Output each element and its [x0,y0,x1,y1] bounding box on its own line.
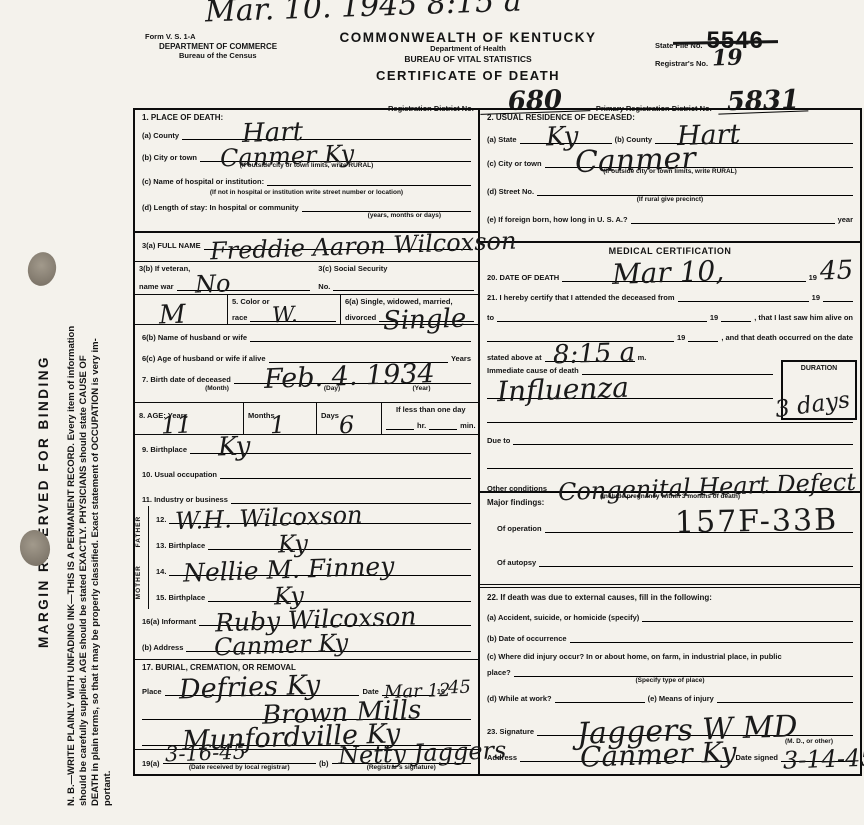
ssn-label1: 3(c) Social Security [318,264,474,273]
cause-of-death-section: DURATION 3 days Immediate cause of death… [480,358,860,491]
race-label2: race [232,313,247,322]
y19c: 19 [677,333,685,342]
foreign-born-field: (e) If foreign born, how long in U. S. A… [487,212,853,224]
form-number-block: Form V. S. 1-A DEPARTMENT OF COMMERCE Bu… [145,32,277,61]
bureau-vital-statistics: BUREAU OF VITAL STATISTICS [303,54,633,64]
race-value: W. [272,307,298,327]
cause-line2: Influenza [487,387,773,399]
date-signed-label: Date signed [735,753,778,762]
autopsy-label: Of autopsy [497,558,536,567]
autopsy-findings-field: Of autopsy [497,555,853,567]
age-months-field: Months 1 [243,403,316,433]
length-hint: (years, months or days) [142,212,441,220]
city-value: Canmer Ky [220,143,355,168]
foreign-born-suffix: year [838,215,853,224]
mother-birthplace-label: 15. Birthplace [156,593,205,602]
funeral-director-field: Brown Mills [142,708,471,720]
mother-side-label: MOTHER [135,557,148,608]
nb-line: N. B.—WRITE PLAINLY WITH UNFADING INK—TH… [66,146,78,806]
place-heading: 1. PLACE OF DEATH: [142,113,471,122]
parents-side-labels: FATHER MOTHER [135,506,149,609]
registrar-row: 19(a) 3-16-45 (Date received by local re… [142,759,471,772]
age-years-field: 8. AGE: Years 11 [135,403,243,433]
full-name-row: 3(a) FULL NAME Freddie Aaron Wilcoxson [135,231,478,261]
sex-race-marital-row: M 5. Color or race W. 6(a) Single, widow… [135,294,478,324]
certify-line3: 19 , and that death occurred on the date [487,330,853,342]
y19a: 19 [812,293,820,302]
marital-value: Single [383,307,467,332]
birth-date-value: Feb. 4. 1934 [263,363,434,392]
sex-value: M [159,303,186,326]
duration-label: DURATION [783,364,855,373]
father-name-value: W.H. Wilcoxson [175,505,363,532]
registrar-signature-value: Netty Jaggers [337,740,506,766]
at-work-label: (d) While at work? [487,694,552,703]
birthplace-label: 9. Birthplace [142,445,187,454]
physician-address-value: Canmer Ky [580,740,737,769]
physician-signature-label: 23. Signature [487,727,534,736]
less-than-day-field: If less than one day hr. min. [381,403,480,433]
age-row: 8. AGE: Years 11 Months 1 Days 6 If less… [135,402,478,434]
length-label: (d) Length of stay: In hospital or commu… [142,203,299,212]
age-years-value: 11 [161,415,192,436]
at-work-field: (d) While at work? (e) Means of injury [487,691,853,703]
registrar-sig-label: (b) [319,759,329,768]
date-of-death-value: Mar 10, [612,259,725,287]
father-side-label: FATHER [135,506,148,557]
informant-field: 16(a) Informant Ruby Wilcoxson [142,614,471,626]
street-field: (d) Street No. [487,184,853,196]
registrar-section: 19(a) 3-16-45 (Date received by local re… [135,749,478,774]
residence-section: 2. USUAL RESIDENCE OF DECEASED: (a) Stat… [480,110,860,241]
ssn-field: 3(c) Social Security No. [314,262,478,294]
file-numbers: State File No. 5546 Registrar's No. 19 [655,34,864,68]
nb-line: DEATH in plain terms, so that it may be … [90,146,102,806]
spouse-age-label: 6(c) Age of husband or wife if alive [142,354,266,363]
county-label: (a) County [142,131,179,140]
father-name-label: 12. [156,515,166,524]
medical-certification-heading: MEDICAL CERTIFICATION [487,246,853,256]
due-to-field: Due to [487,433,853,445]
burial-place-value: Defries Ky [178,674,320,702]
external-heading: 22. If death was due to external causes,… [487,593,853,602]
father-birthplace-label: 13. Birthplace [156,541,205,550]
street-label: (d) Street No. [487,187,534,196]
parents-block: FATHER MOTHER 12. W.H. Wilcoxson 13. Bir… [135,506,478,609]
occurrence-date-label: (b) Date of occurrence [487,634,567,643]
industry-label: 11. Industry or business [142,495,228,504]
burial-year-value: 45 [448,680,471,696]
external-causes-section: 22. If death was due to external causes,… [480,584,860,711]
veteran-label2: name war [139,282,174,291]
father-birthplace-value: Ky [278,533,309,554]
header-center: COMMONWEALTH OF KENTUCKY Department of H… [303,30,633,83]
means-of-injury-label: (e) Means of injury [648,694,714,703]
less-than-day-label: If less than one day [386,405,476,414]
date-of-death-label: 20. DATE OF DEATH [487,273,559,282]
accident-field: (a) Accident, suicide, or homicide (spec… [487,610,853,622]
marital-label2: divorced [345,313,376,322]
registrar-no-value: 19 [712,49,743,69]
hospital-hint: (If not in hospital or institution write… [142,189,471,197]
full-name-value: Freddie Aaron Wilcoxson [209,230,516,261]
veteran-value: No [194,274,230,296]
burial-place-label: Place [142,687,162,696]
age-days-field: Days 6 [316,403,381,433]
hr-label: hr. [417,421,426,430]
spouse-age-suffix: Years [451,354,471,363]
other-conditions-label: Other conditions [487,484,547,493]
dod-year-prefix: 19 [809,273,817,282]
race-field: 5. Color or race W. [227,295,340,324]
certify-line1: 21. I hereby certify that I attended the… [487,290,853,302]
bio-section: 9. Birthplace Ky 10. Usual occupation 11… [135,435,478,507]
occurrence-date-field: (b) Date of occurrence [487,631,853,643]
injury-place-hint: (Specify type of place) [487,677,853,685]
physician-signature-field: 23. Signature Jaggers W MD [487,724,853,736]
mother-name-value: Nellie M. Finney [183,555,395,584]
county-field: (a) County Hart [142,128,471,140]
certify-to: to [487,313,494,322]
certify-text1: 21. I hereby certify that I attended the… [487,293,675,302]
commonwealth-title: COMMONWEALTH OF KENTUCKY [303,30,633,45]
bureau-census: Bureau of the Census [179,51,277,61]
dod-year-value: 45 [820,259,854,282]
received-date-label: 19(a) [142,759,160,768]
days-label: Days [321,411,339,420]
due-to-label: Due to [487,436,510,445]
veteran-ss-row: 3(b) If veteran, name war No 3(c) Social… [135,261,478,294]
hospital-label: (c) Name of hospital or institution: [142,177,264,186]
due-to-line2 [487,457,853,469]
father-name-field: 12. W.H. Wilcoxson [156,512,471,524]
certificate-header: Form V. S. 1-A DEPARTMENT OF COMMERCE Bu… [133,24,860,108]
mother-birthplace-field: 15. Birthplace Ky [156,590,471,602]
medical-certification-section: MEDICAL CERTIFICATION 20. DATE OF DEATH … [480,241,860,358]
certificate-title: CERTIFICATE OF DEATH [303,68,633,83]
occupation-field: 10. Usual occupation [142,467,471,479]
punch-hole [25,249,59,288]
informant-address-field: (b) Address Canmer Ky [142,640,471,652]
street-hint: (If rural give precinct) [487,196,853,204]
nb-line: portant. [102,146,114,806]
nb-line: should be carefully supplied. AGE should… [78,146,90,806]
right-column: 2. USUAL RESIDENCE OF DECEASED: (a) Stat… [480,110,860,774]
certify-tail2: , that I last saw him alive on [754,313,853,322]
burial-date-label: Date [362,687,378,696]
major-findings-section: Major findings: Of operation 157F-33B Of… [480,491,860,584]
immediate-cause-value: Influenza [497,376,630,404]
informant-address-label: (b) Address [142,643,183,652]
residence-city-label: (c) City or town [487,159,542,168]
accident-label: (a) Accident, suicide, or homicide (spec… [487,613,639,622]
mother-birthplace-value: Ky [274,585,305,606]
certificate-form: 1. PLACE OF DEATH: (a) County Hart (b) C… [133,108,862,776]
min-label: min. [460,421,475,430]
birthplace-value: Ky [218,435,251,458]
full-name-label: 3(a) FULL NAME [142,241,201,250]
birthplace-field: 9. Birthplace Ky [142,442,471,454]
injury-place-field: place? [487,665,853,677]
operation-value: 157F-33B [674,507,838,535]
certify-line2: to 19 , that I last saw him alive on [487,310,853,322]
parents-fields: 12. W.H. Wilcoxson 13. Birthplace Ky 14.… [149,506,478,609]
mother-name-label: 14. [156,567,166,576]
certifier-section: 23. Signature Jaggers W MD (M. D., or ot… [480,711,860,774]
residence-state-label: (a) State [487,135,517,144]
residence-heading: 2. USUAL RESIDENCE OF DECEASED: [487,113,853,122]
age-days-value: 6 [339,415,355,436]
spouse-name-label: 6(b) Name of husband or wife [142,333,247,342]
date-signed-value: 3-14-45 [783,747,864,771]
death-certificate-scan: MARGIN RESERVED FOR BINDING N. B.—WRITE … [0,0,864,825]
residence-city-field: (c) City or town Canmer [487,156,853,168]
spouse-name-field: 6(b) Name of husband or wife [142,330,471,342]
other-conditions-field: Other conditions Congenital Heart Defect [487,481,853,493]
dept-commerce: DEPARTMENT OF COMMERCE [159,42,277,52]
occupation-label: 10. Usual occupation [142,470,217,479]
spouse-birth-section: 6(b) Name of husband or wife 6(c) Age of… [135,324,478,402]
foreign-born-label: (e) If foreign born, how long in U. S. A… [487,215,628,224]
length-of-stay-field: (d) Length of stay: In hospital or commu… [142,200,471,212]
left-column: 1. PLACE OF DEATH: (a) County Hart (b) C… [135,110,480,774]
informant-label: 16(a) Informant [142,617,196,626]
birth-date-label: 7. Birth date of deceased [142,375,231,384]
residence-city-value: Canmer [574,145,696,175]
marital-field: 6(a) Single, widowed, married, divorced … [340,295,478,324]
city-label: (b) City or town [142,153,197,162]
burial-section: 17. BURIAL, CREMATION, OR REMOVAL Place … [135,659,478,749]
operation-label: Of operation [497,524,542,533]
informant-address-value: Canmer Ky [214,633,349,658]
y19b: 19 [710,313,718,322]
city-field: (b) City or town Canmer Ky [142,150,471,162]
cause-line3 [487,411,853,423]
informant-section: 16(a) Informant Ruby Wilcoxson (b) Addre… [135,609,478,660]
age-months-value: 1 [270,415,286,436]
received-date-value: 3-16-45 [164,744,246,765]
hospital-field: (c) Name of hospital or institution: [142,174,471,186]
date-of-death-field: 20. DATE OF DEATH Mar 10, 19 45 [487,260,853,282]
father-birthplace-field: 13. Birthplace Ky [156,538,471,550]
handwritten-top-note: Mar. 10. 1945 8:15 a [205,0,522,25]
nb-instructions: N. B.—WRITE PLAINLY WITH UNFADING INK—TH… [66,146,114,806]
place-of-death-section: 1. PLACE OF DEATH: (a) County Hart (b) C… [135,110,478,231]
form-number: Form V. S. 1-A [145,32,277,42]
veteran-field: 3(b) If veteran, name war No [135,262,314,294]
registrar-no-label: Registrar's No. [655,59,708,68]
injury-where-label2: place? [487,668,511,677]
sex-field: M [135,295,227,324]
mother-name-field: 14. Nellie M. Finney [156,564,471,576]
physician-address-field: Address Canmer Ky Date signed 3-14-45 [487,750,853,762]
ssn-label2: No. [318,282,330,291]
operation-findings-field: Of operation 157F-33B [497,521,853,533]
injury-where-label1: (c) Where did injury occur? In or about … [487,652,853,661]
binding-margin-text: MARGIN RESERVED FOR BINDING [36,355,51,648]
birth-date-field: 7. Birth date of deceased Feb. 4. 1934 [142,372,471,384]
certify-tail3: , and that death occurred on the date [721,333,853,342]
dept-health: Department of Health [303,45,633,54]
burial-place-date-field: Place Defries Ky Date Mar 12 19 45 [142,680,471,695]
